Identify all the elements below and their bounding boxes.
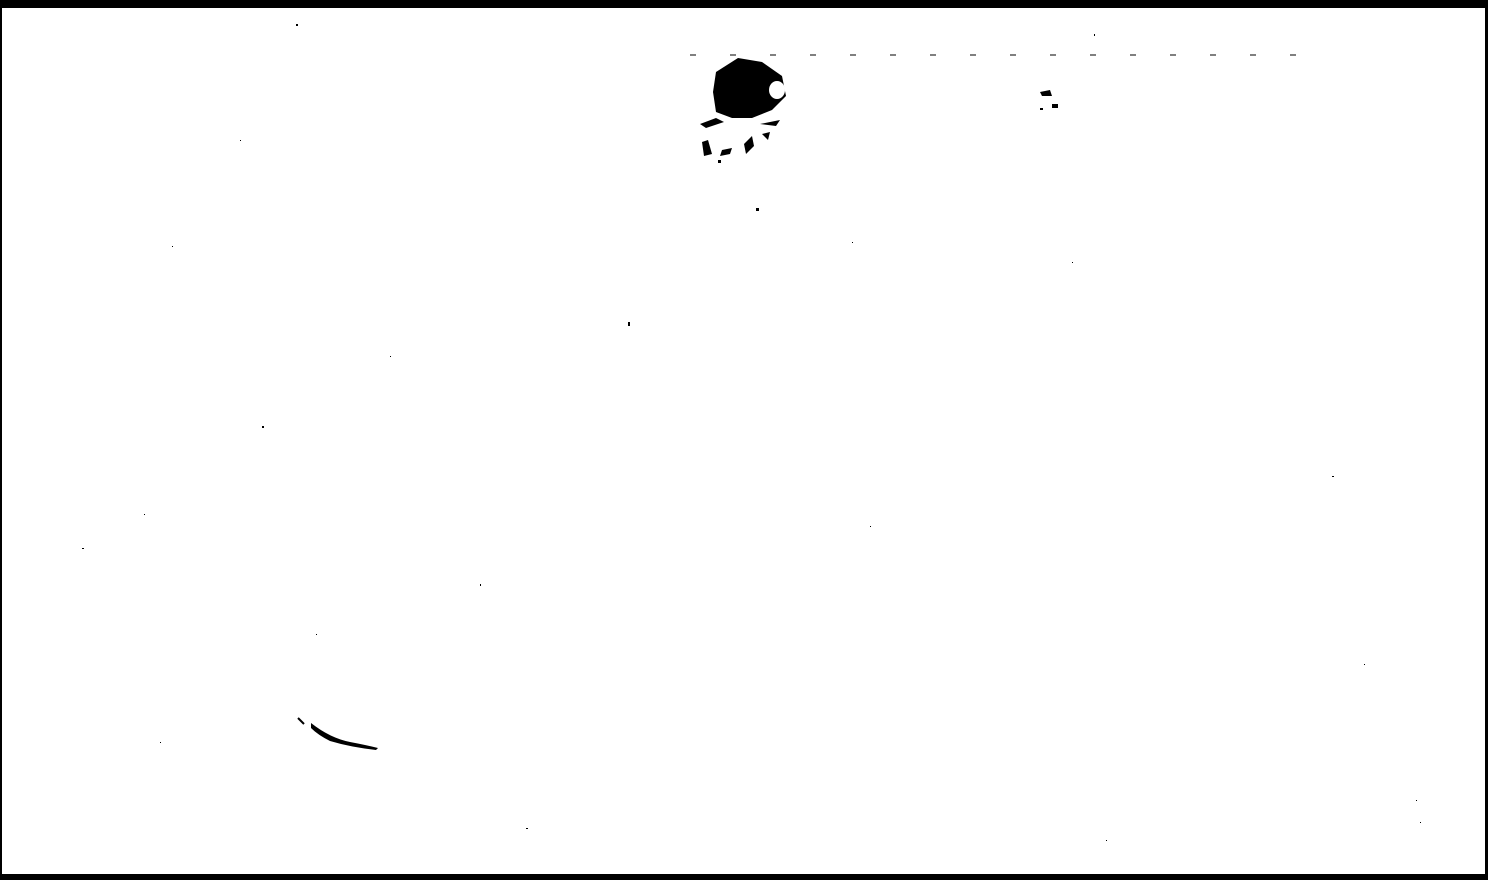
blob-debris (628, 118, 780, 326)
photo-canvas (0, 0, 1488, 880)
curved-streak (298, 718, 378, 750)
dark-blob (713, 58, 786, 118)
small-speck-cluster (1040, 90, 1058, 110)
